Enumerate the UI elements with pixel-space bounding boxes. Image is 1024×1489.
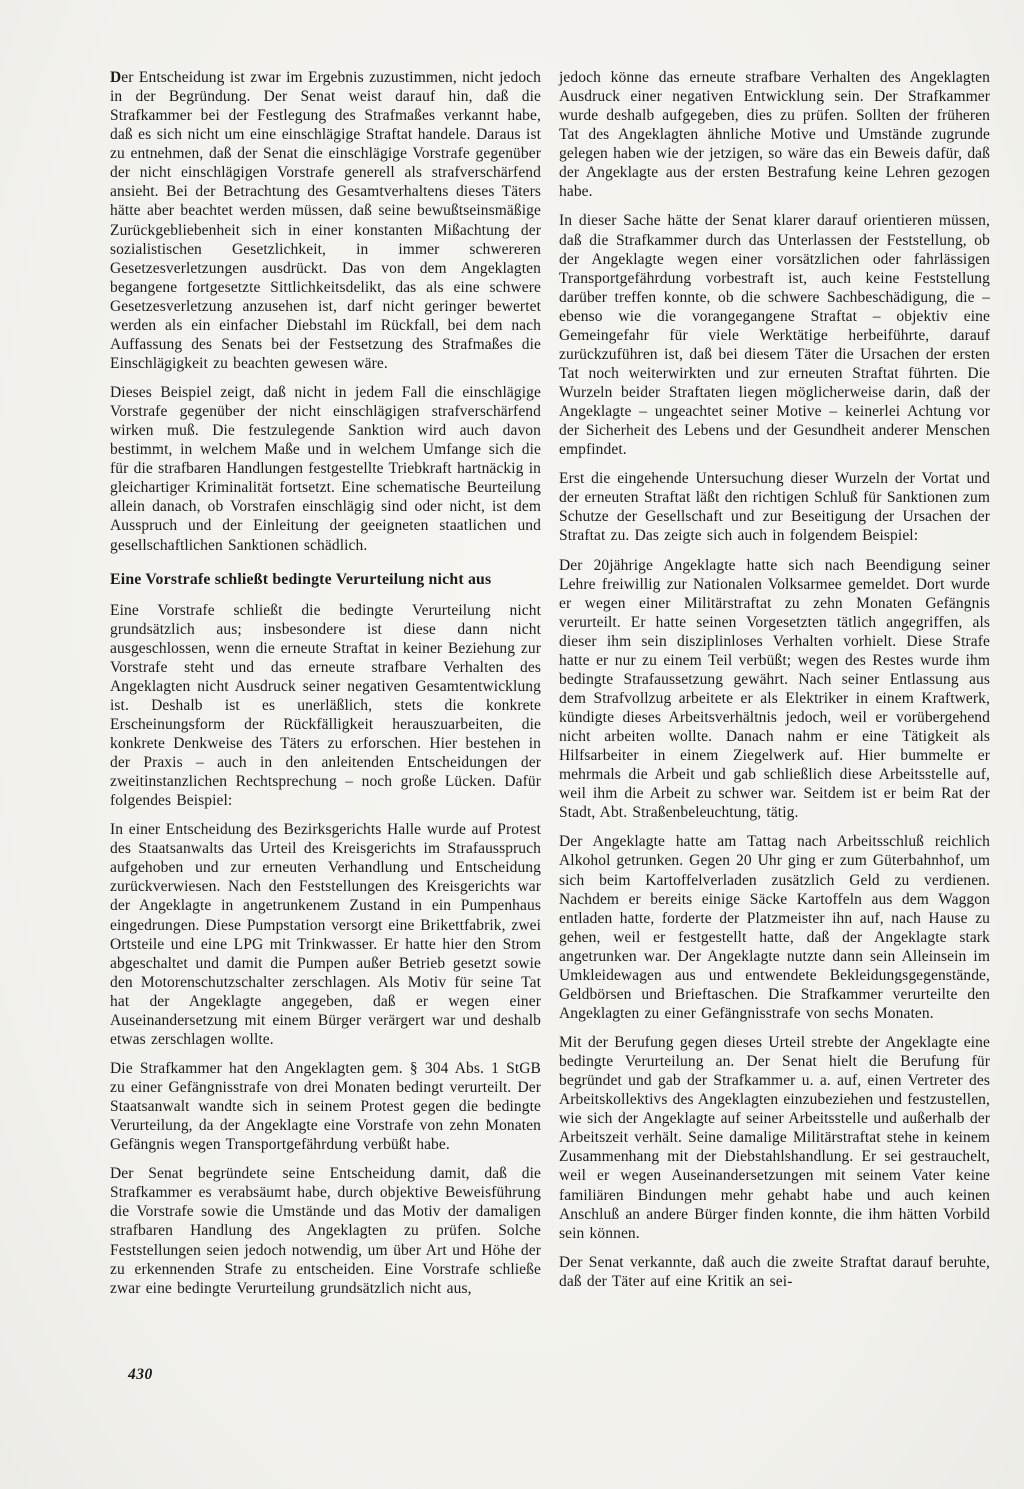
paragraph: Erst die eingehende Untersuchung dieser … — [559, 469, 990, 545]
paragraph: Der Senat verkannte, daß auch die zweite… — [559, 1253, 990, 1291]
section-heading: Eine Vorstrafe schließt bedingte Verurte… — [110, 571, 541, 590]
paragraph: Eine Vorstrafe schließt die bedingte Ver… — [110, 601, 541, 811]
paragraph: Die Strafkammer hat den Angeklagten gem.… — [110, 1059, 541, 1154]
document-page: Der Entscheidung ist zwar im Ergebnis zu… — [0, 0, 1024, 1489]
paragraph: Der Senat begründete seine Entscheidung … — [110, 1164, 541, 1297]
paragraph: In einer Entscheidung des Bezirksgericht… — [110, 820, 541, 1049]
page-number: 430 — [128, 1366, 153, 1384]
paragraph: Mit der Berufung gegen dieses Urteil str… — [559, 1033, 990, 1243]
paragraph: Dieses Beispiel zeigt, daß nicht in jede… — [110, 383, 541, 555]
paragraph: Der Angeklagte hatte am Tattag nach Arbe… — [559, 832, 990, 1023]
paragraph: Der Entscheidung ist zwar im Ergebnis zu… — [110, 68, 541, 373]
left-column: Der Entscheidung ist zwar im Ergebnis zu… — [110, 68, 541, 1298]
paragraph: jedoch könne das erneute strafbare Verha… — [559, 68, 990, 201]
text-columns: Der Entscheidung ist zwar im Ergebnis zu… — [110, 68, 990, 1298]
right-column: jedoch könne das erneute strafbare Verha… — [559, 68, 990, 1298]
paragraph: In dieser Sache hätte der Senat klarer d… — [559, 211, 990, 459]
paragraph: Der 20jährige Angeklagte hatte sich nach… — [559, 556, 990, 823]
